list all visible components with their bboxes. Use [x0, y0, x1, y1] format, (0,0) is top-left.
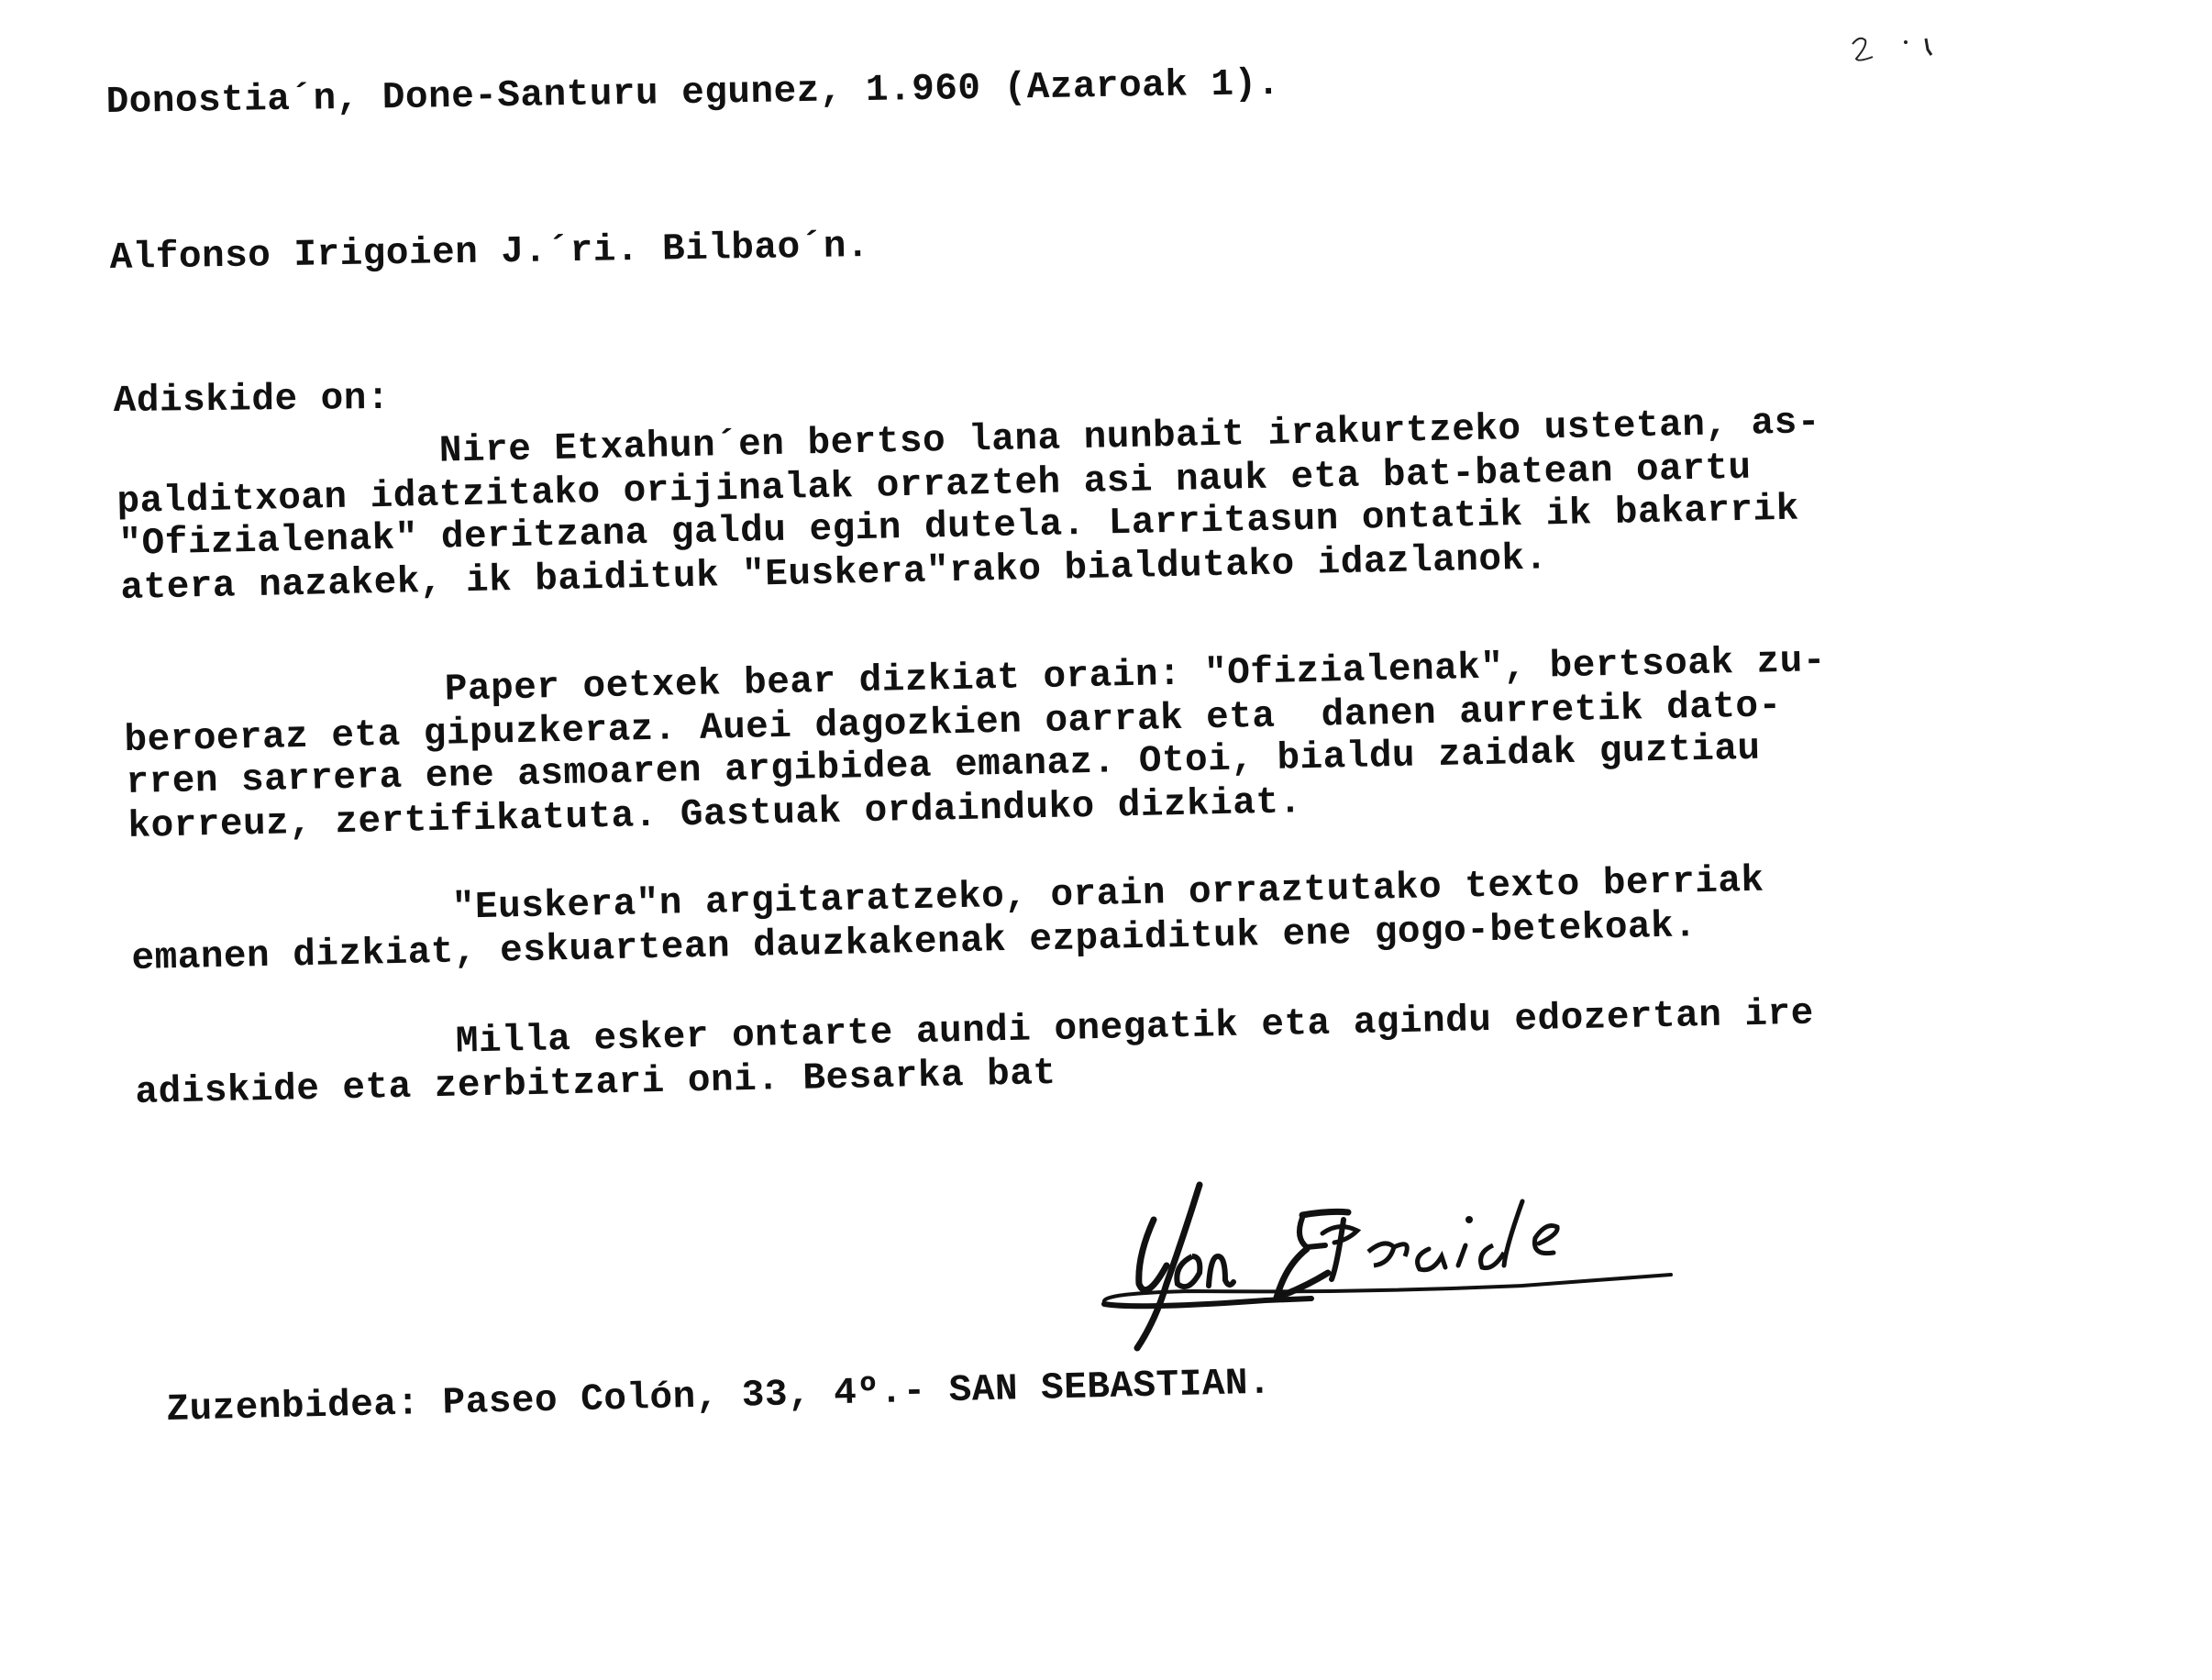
address-line: Zuzenbidea: Paseo Colón, 33, 4º.- SAN SE…	[166, 1365, 1272, 1430]
handwritten-signature: Yon Etxaide	[1082, 1165, 1724, 1357]
greeting: Adiskide on:	[114, 381, 391, 421]
date-line: Donostia´n, Done-Santuru egunez, 1.960 (…	[105, 66, 1280, 122]
recipient-line: Alfonso Irigoien J.´ri. Bilbao´n.	[109, 228, 869, 278]
letter-page: 2 Donostia´n, Done-Santuru egunez, 1.960…	[0, 0, 2212, 1680]
page-number-pencil-mark: 2	[1825, 28, 1963, 73]
